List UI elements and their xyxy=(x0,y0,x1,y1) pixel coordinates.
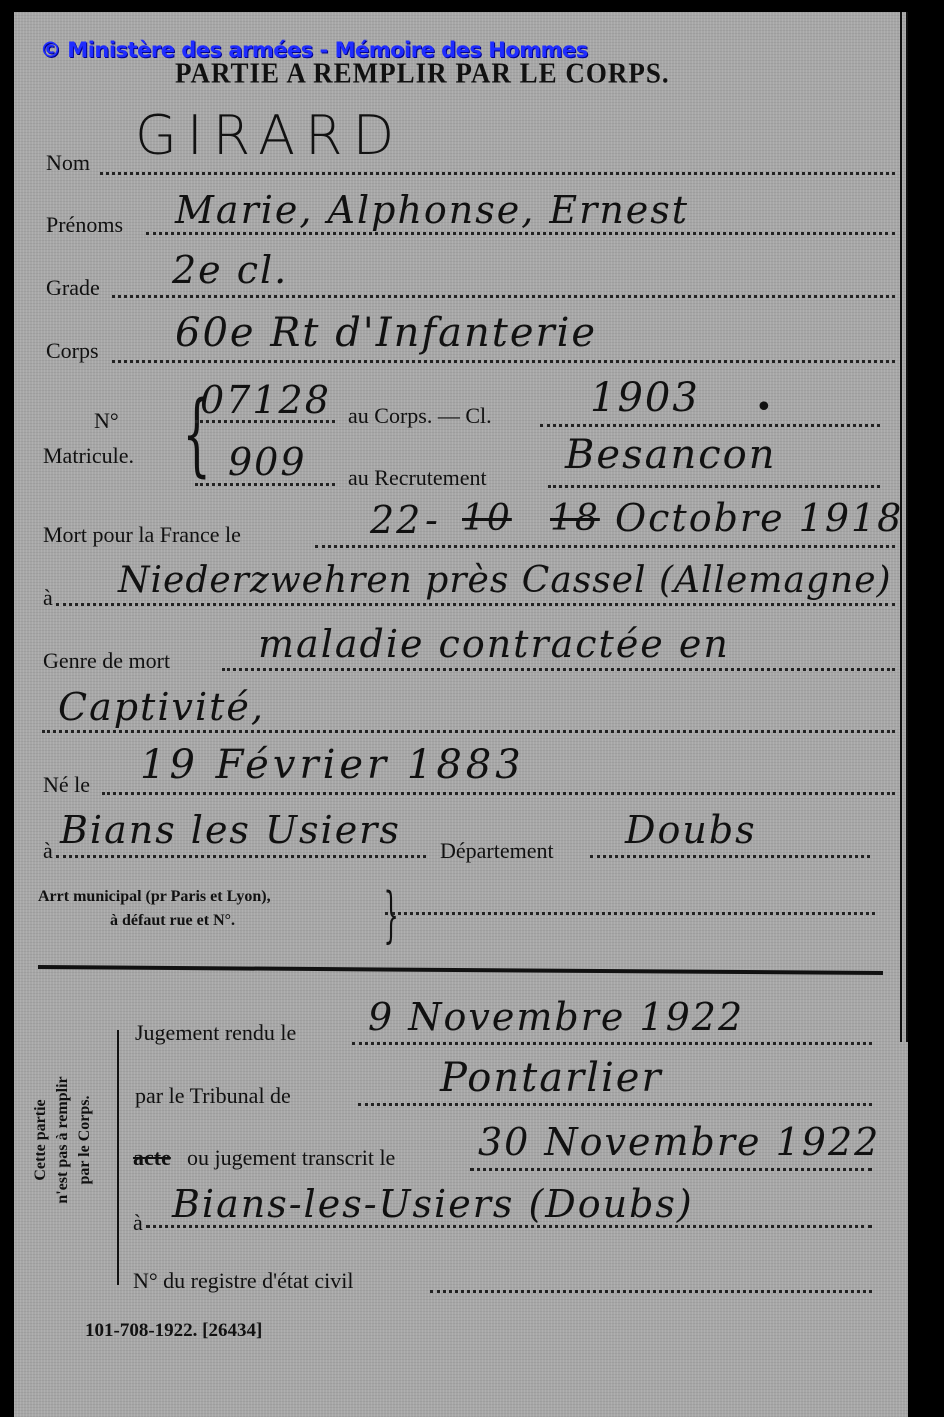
transcrit-value: 30 Novembre 1922 xyxy=(478,1120,880,1164)
grade-value: 2e cl. xyxy=(172,248,288,292)
prenoms-value: Marie, Alphonse, Ernest xyxy=(175,188,689,232)
scan-edge xyxy=(908,12,944,1417)
jugement-rendu-line xyxy=(352,1042,872,1045)
arr-brace: } xyxy=(383,880,398,950)
mort-line xyxy=(315,545,895,548)
copyright-watermark: © Ministère des armées - Mémoire des Hom… xyxy=(40,38,588,62)
mort-month-year: Octobre 1918 xyxy=(615,496,903,540)
lieu-naissance-value: Bians les Usiers xyxy=(60,808,401,852)
lieu-mort-label: à xyxy=(43,585,53,611)
print-reference: 101-708-1922. [26434] xyxy=(85,1320,262,1342)
corps-label: Corps xyxy=(46,338,99,364)
jugement-rendu-label: Jugement rendu le xyxy=(135,1020,296,1046)
au-recrutement-label: au Recrutement xyxy=(348,465,487,491)
registre-line xyxy=(430,1290,872,1293)
lieu-naissance-line xyxy=(56,855,426,858)
matricule-label: Matricule. xyxy=(43,443,134,469)
lieu-transcription-label: à xyxy=(133,1210,143,1236)
tribunal-label: par le Tribunal de xyxy=(135,1083,291,1109)
ne-le-label: Né le xyxy=(43,772,90,798)
classe-dot: • xyxy=(755,390,775,425)
mort-label: Mort pour la France le xyxy=(43,522,241,548)
lieu-transcription-value: Bians-les-Usiers (Doubs) xyxy=(172,1182,694,1226)
departement-label: Département xyxy=(440,838,554,864)
au-corps-label: au Corps. — Cl. xyxy=(348,403,492,429)
ne-le-value: 19 Février 1883 xyxy=(140,742,525,788)
classe-line xyxy=(540,424,880,427)
matricule-no-label: N° xyxy=(94,408,119,434)
arr-line xyxy=(385,912,875,915)
genre-mort-line-2 xyxy=(42,730,895,733)
side-note-line3: par le Corps. xyxy=(74,1040,96,1240)
side-note: Cette partie n'est pas à remplir par le … xyxy=(30,1040,96,1240)
nom-value: GIRARD xyxy=(135,104,404,167)
genre-mort-value-line2: Captivité, xyxy=(58,685,265,729)
prenoms-label: Prénoms xyxy=(46,212,123,238)
side-note-line2: n'est pas à remplir xyxy=(52,1040,74,1240)
arr-label-line1: Arrt municipal (pr Paris et Lyon), xyxy=(38,888,271,906)
departement-value: Doubs xyxy=(625,808,757,852)
side-note-line1: Cette partie xyxy=(30,1040,52,1240)
corps-line xyxy=(112,360,895,363)
lieu-naissance-label: à xyxy=(43,838,53,864)
lieu-mort-line xyxy=(56,603,895,606)
genre-mort-label: Genre de mort xyxy=(43,648,170,674)
nom-label: Nom xyxy=(46,150,90,176)
tribunal-value: Pontarlier xyxy=(440,1055,663,1101)
mort-sep: - xyxy=(425,498,440,542)
recrutement-line xyxy=(548,485,880,488)
mort-day: 22 xyxy=(370,498,422,542)
tribunal-line xyxy=(358,1103,872,1106)
mort-struck-day-2: 18 xyxy=(550,498,600,539)
transcrit-label: ou jugement transcrit le xyxy=(187,1145,395,1171)
side-bracket-line xyxy=(117,1030,119,1285)
struck-acte: acte xyxy=(133,1145,171,1170)
registre-label: N° du registre d'état civil xyxy=(133,1268,353,1294)
transcrit-struck-prefix: acte xyxy=(133,1145,171,1171)
form-header: PARTIE A REMPLIR PAR LE CORPS. xyxy=(175,57,670,90)
transcrit-line xyxy=(470,1168,872,1171)
grade-label: Grade xyxy=(46,275,100,301)
departement-line xyxy=(590,855,870,858)
classe-value: 1903 xyxy=(590,375,700,421)
recrutement-place: Besancon xyxy=(565,432,776,478)
ne-le-line xyxy=(102,792,895,795)
jugement-rendu-value: 9 Novembre 1922 xyxy=(368,995,744,1039)
arr-label-line2: à défaut rue et N°. xyxy=(110,912,235,930)
lieu-mort-value: Niederzwehren près Cassel (Allemagne) xyxy=(118,560,892,601)
matricule-recrutement-number: 909 xyxy=(228,440,307,484)
corps-value: 60e Rt d'Infanterie xyxy=(175,310,597,356)
genre-mort-line xyxy=(222,668,895,671)
nom-line xyxy=(100,172,895,175)
genre-mort-value-line1: maladie contractée en xyxy=(258,622,730,666)
matricule-corps-number: 07128 xyxy=(200,378,331,422)
grade-line xyxy=(112,295,895,298)
mort-struck-day-1: 10 xyxy=(462,498,512,539)
prenoms-line xyxy=(146,232,895,235)
